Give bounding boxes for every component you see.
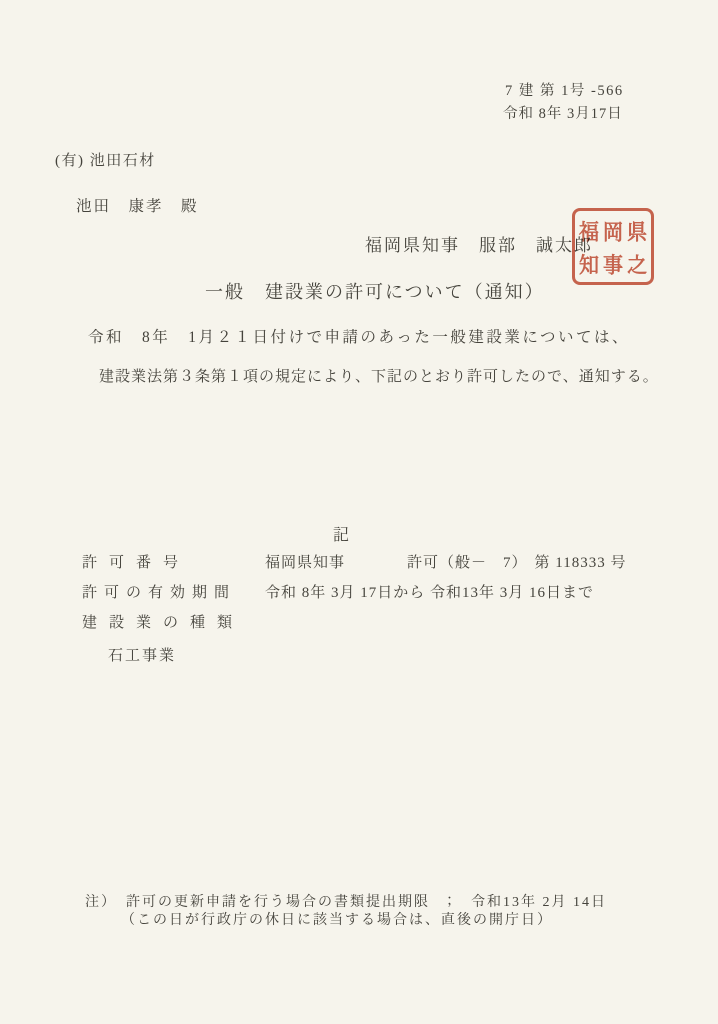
- recipient-name: 池田 康孝 殿: [76, 199, 199, 215]
- business-type-value: 石工事業: [108, 649, 176, 664]
- seal-char: 福: [577, 213, 601, 248]
- permit-number-label: 許可番号: [82, 556, 190, 571]
- seal-char: 事: [601, 245, 625, 280]
- seal-char: 知: [577, 245, 601, 280]
- body-line-2: 建設業法第３条第１項の規定により、下記のとおり許可したので、通知する。: [99, 370, 659, 385]
- document-page: 7 建 第 1号 -566 令和 8年 3月17日 (有) 池田石材 池田 康孝…: [0, 0, 718, 1024]
- business-type-label: 建設業の種類: [82, 616, 244, 631]
- official-red-seal: 福 岡 県 知 事 之: [572, 208, 654, 285]
- note-line-2: （この日が行政庁の休日に該当する場合は、直後の開庁日）: [121, 914, 553, 928]
- recipient-company: (有) 池田石材: [55, 154, 156, 169]
- note-line-1: 注） 許可の更新申請を行う場合の書類提出期限 ； 令和13年 2月 14日: [85, 896, 607, 910]
- permit-serial: 第 118333 号: [535, 556, 627, 571]
- permit-class: 許可（般－ 7）: [407, 556, 528, 571]
- permit-number-value: 福岡県知事 許可（般－ 7） 第 118333 号: [265, 556, 626, 571]
- valid-period-label: 許可の有効期間: [82, 586, 236, 601]
- seal-char: 之: [625, 245, 649, 280]
- valid-period-value: 令和 8年 3月 17日から 令和13年 3月 16日まで: [265, 586, 594, 601]
- seal-char: 岡: [601, 213, 625, 248]
- doc-number: 7 建 第 1号 -566: [505, 84, 624, 99]
- seal-char: 県: [625, 213, 649, 248]
- governor-signature-line: 福岡県知事 服部 誠太郎: [365, 237, 593, 254]
- body-line-1: 令和 8年 1月２１日付けで申請のあった一般建設業については、: [88, 330, 630, 346]
- section-marker-ki: 記: [333, 528, 349, 544]
- permit-authority: 福岡県知事: [265, 556, 345, 571]
- document-title: 一般 建設業の許可について（通知）: [205, 283, 545, 301]
- issue-date: 令和 8年 3月17日: [503, 107, 623, 122]
